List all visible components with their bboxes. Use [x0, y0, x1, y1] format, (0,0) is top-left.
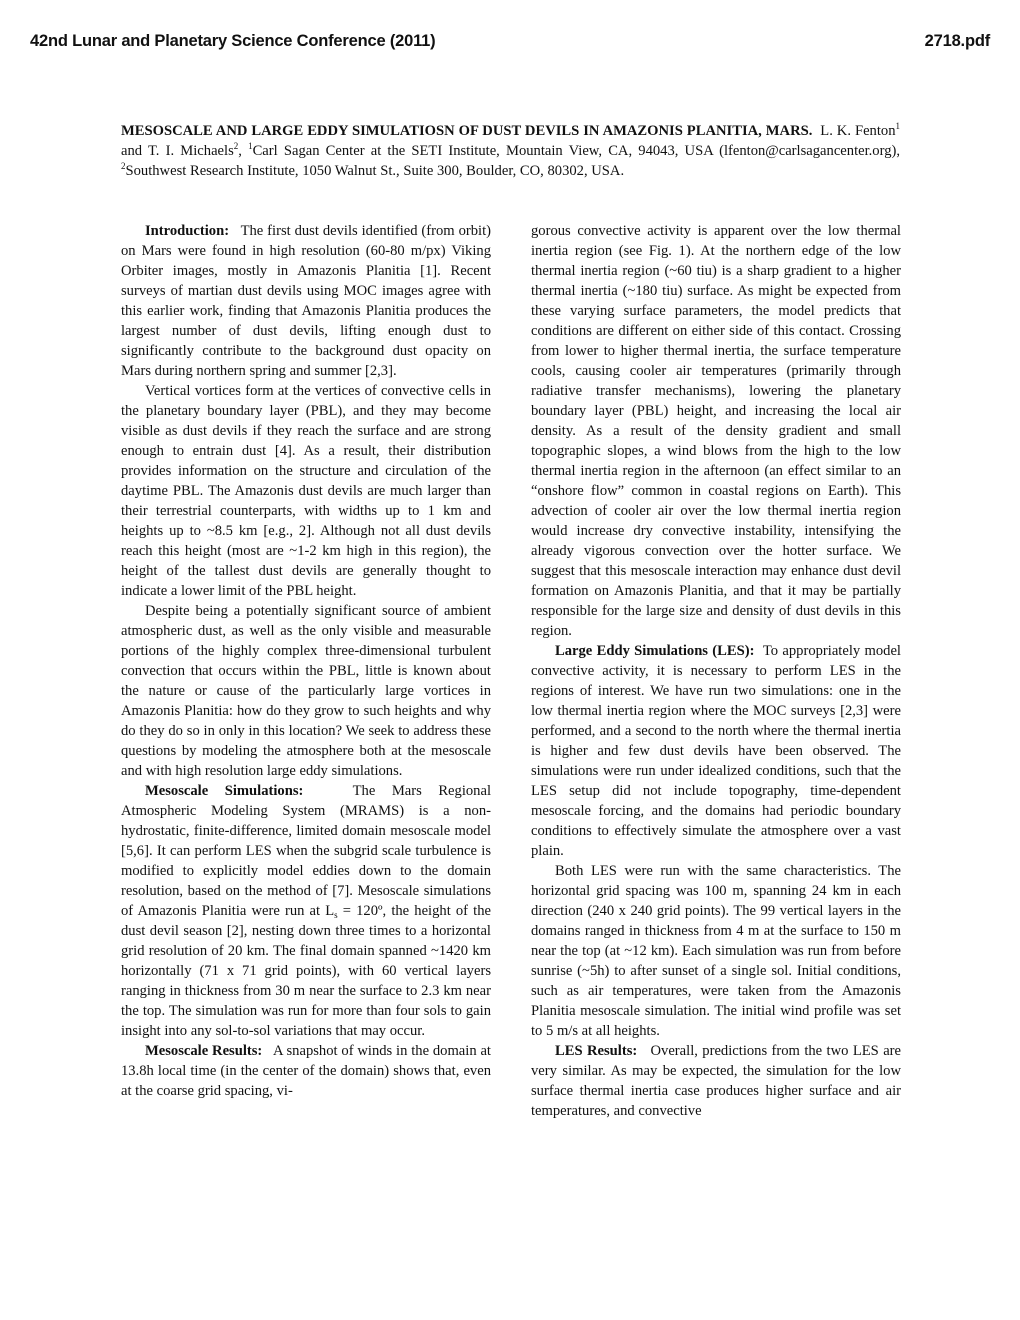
column-left: Introduction: The first dust devils iden… [121, 221, 491, 1101]
paragraph-text-a: The Mars Regional Atmospheric Modeling S… [121, 783, 491, 919]
paragraph-text: To appropriately model convective activi… [531, 643, 901, 859]
affiliation-2: Southwest Research Institute, 1050 Walnu… [126, 163, 625, 179]
column-right: gorous convective activity is apparent o… [531, 221, 901, 1121]
mesoscale-results-paragraph-start: Mesoscale Results: A snapshot of winds i… [121, 1041, 491, 1101]
affiliation-1: Carl Sagan Center at the SETI Institute,… [253, 143, 900, 159]
author-2: T. I. Michaels [148, 143, 234, 159]
les-paragraph-2: Both LES were run with the same characte… [531, 861, 901, 1041]
author-1-affiliation-mark: 1 [896, 121, 901, 131]
file-id: 2718.pdf [925, 32, 990, 51]
section-heading-les: Large Eddy Simulations (LES): [555, 643, 754, 659]
les-paragraph-1: Large Eddy Simulations (LES): To appropr… [531, 641, 901, 861]
title-block: MESOSCALE AND LARGE EDDY SIMULATIOSN OF … [121, 121, 900, 181]
introduction-paragraph-1: Introduction: The first dust devils iden… [121, 221, 491, 381]
section-heading-introduction: Introduction: [145, 223, 229, 239]
section-heading-mesoscale-results: Mesoscale Results: [145, 1043, 262, 1059]
author-conjunction: and [121, 143, 148, 159]
conference-name: 42nd Lunar and Planetary Science Confere… [30, 32, 435, 51]
introduction-paragraph-2: Vertical vortices form at the vertices o… [121, 381, 491, 601]
author-2-affiliation-mark: 2 [234, 141, 239, 151]
running-header: 42nd Lunar and Planetary Science Confere… [30, 30, 990, 52]
author-1: L. K. Fenton [820, 123, 895, 139]
mesoscale-simulations-paragraph: Mesoscale Simulations: The Mars Regional… [121, 781, 491, 1041]
section-heading-mesoscale-simulations: Mesoscale Simulations: [145, 783, 303, 799]
mesoscale-results-paragraph-continued: gorous convective activity is apparent o… [531, 221, 901, 641]
section-heading-les-results: LES Results: [555, 1043, 637, 1059]
introduction-paragraph-3: Despite being a potentially significant … [121, 601, 491, 781]
paper-title: MESOSCALE AND LARGE EDDY SIMULATIOSN OF … [121, 123, 812, 139]
paragraph-text-b: = 120º, the height of the dust devil sea… [121, 903, 491, 1039]
les-results-paragraph: LES Results: Overall, predictions from t… [531, 1041, 901, 1121]
paragraph-text: The first dust devils identified (from o… [121, 223, 491, 379]
